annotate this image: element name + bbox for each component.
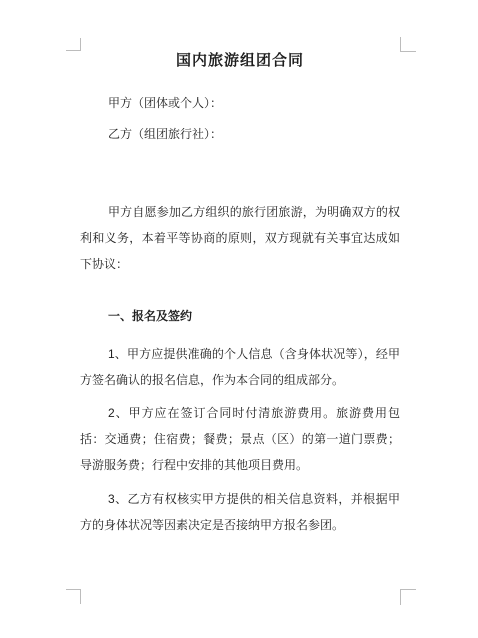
margin-mark-top-right-icon bbox=[400, 37, 416, 52]
margin-mark-bottom-left-icon bbox=[66, 589, 81, 604]
document-page: 国内旅游组团合同 甲方（团体或个人）： 乙方（组团旅行社）： 甲方自愿参加乙方组… bbox=[0, 0, 478, 638]
document-title: 国内旅游组团合同 bbox=[80, 48, 400, 74]
section-heading: 一、报名及签约 bbox=[80, 303, 400, 329]
margin-mark-top-left-icon bbox=[66, 38, 81, 51]
clause-paragraph-2: 2、甲方应在签订合同时付清旅游费用。旅游费用包括：交通费；住宿费；餐费；景点（区… bbox=[80, 400, 400, 478]
margin-mark-bottom-right-icon bbox=[400, 589, 416, 605]
clause-paragraph-3: 3、乙方有权核实甲方提供的相关信息资料，并根据甲方的身体状况等因素决定是否接纳甲… bbox=[80, 486, 400, 538]
party-a-line: 甲方（团体或个人）： bbox=[80, 90, 400, 116]
party-b-line: 乙方（组团旅行社）： bbox=[80, 121, 400, 147]
preamble-paragraph: 甲方自愿参加乙方组织的旅行团旅游，为明确双方的权利和义务，本着平等协商的原则，双… bbox=[80, 199, 400, 277]
clause-paragraph-1: 1、甲方应提供准确的个人信息（含身体状况等），经甲方签名确认的报名信息，作为本合… bbox=[80, 341, 400, 393]
